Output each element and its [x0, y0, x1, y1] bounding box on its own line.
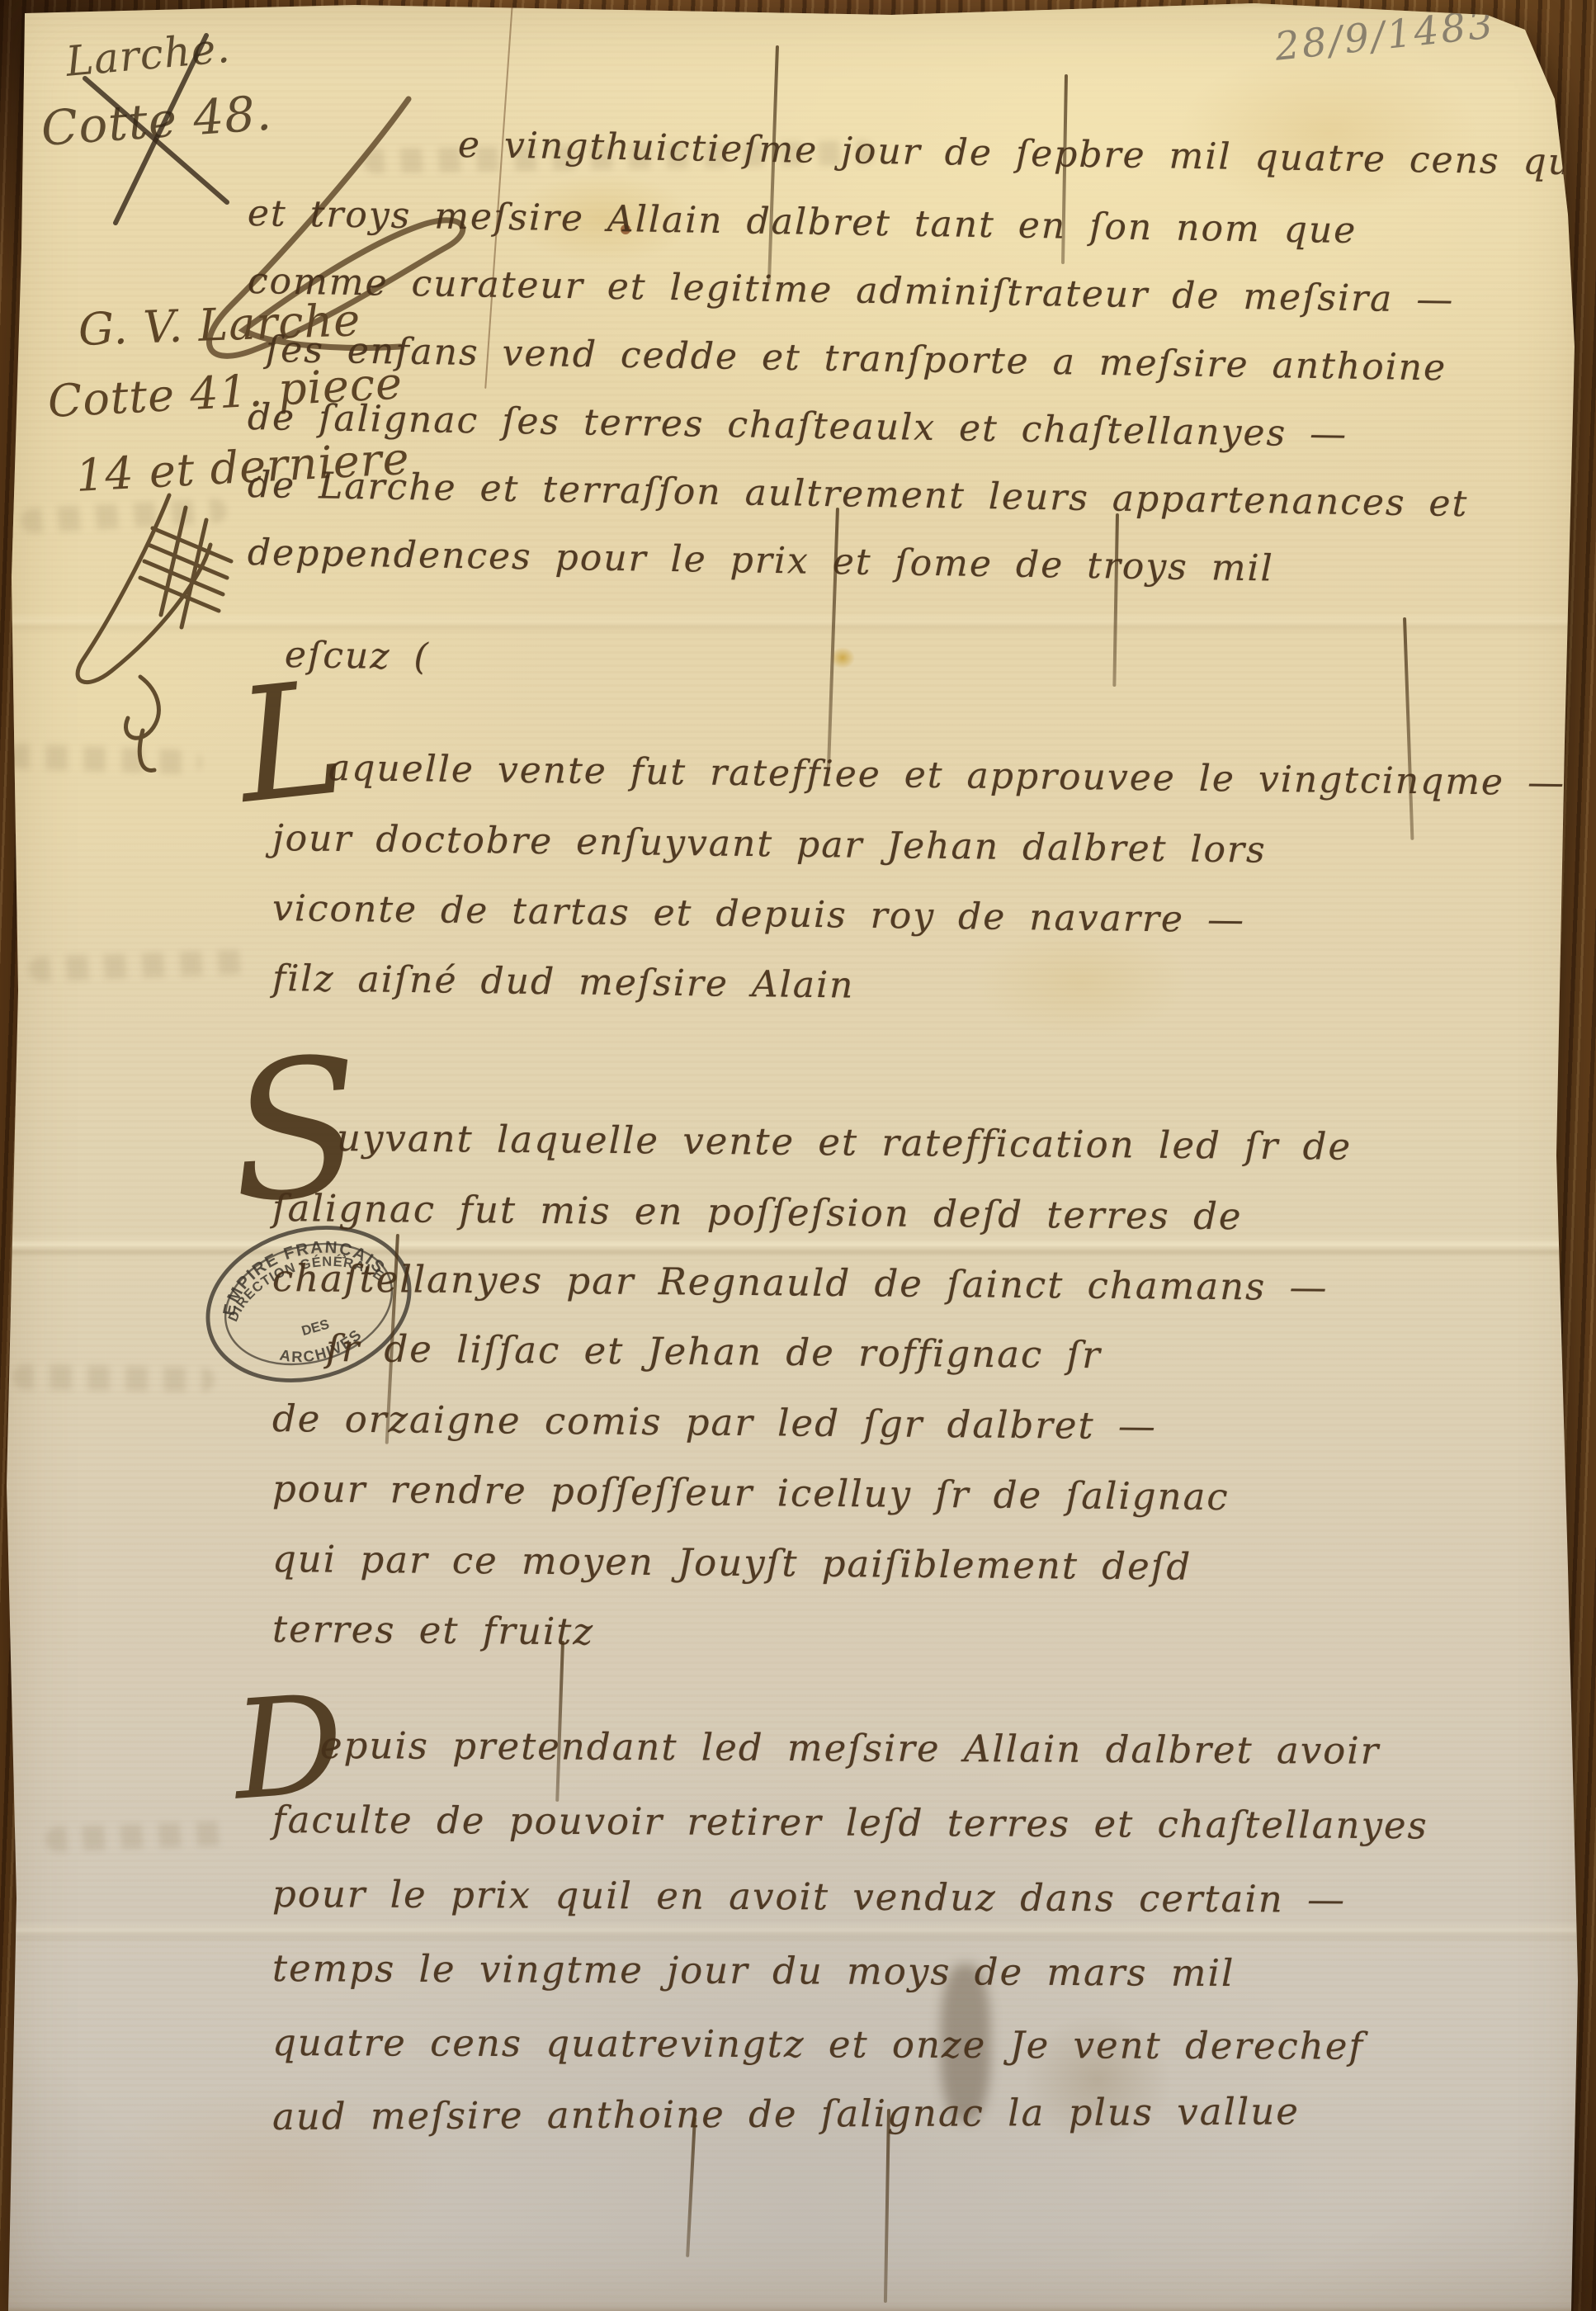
pen-descender [1403, 617, 1414, 840]
paper-crease [484, 2, 513, 389]
p3-line1: uyvant laquelle vente et rateffication l… [337, 1116, 1353, 1169]
p1-line3: comme curateur et legitime adminiſtrateu… [248, 260, 1455, 321]
p2-line2: jour doctobre enſuyvant par Jehan dalbre… [272, 817, 1267, 872]
fold-line [0, 612, 1596, 634]
p4-line3: pour le prix quil en avoit venduz dans c… [272, 1872, 1346, 1921]
paper-stain [974, 924, 1188, 1040]
pen-descender [1112, 513, 1119, 687]
corner-note-line2: Cotte 48. [40, 85, 274, 157]
p4-line6: aud meſsire anthoine de ſalignac la plus… [272, 2089, 1300, 2139]
manuscript-photo: Larche. Cotte 48. 28/9/1483 G. V. Larche… [0, 0, 1596, 2311]
p1-line6: de Larche et terraſſon aultrement leurs … [248, 464, 1469, 525]
manuscript-page: Larche. Cotte 48. 28/9/1483 G. V. Larche… [0, 0, 1596, 2311]
bleedthrough-text [45, 1821, 232, 1852]
p3-line8: terres et fruitz [272, 1607, 595, 1653]
bleedthrough-text [8, 744, 203, 775]
pen-descender [884, 2109, 890, 2303]
bleedthrough-text [29, 949, 248, 981]
p2-line3: viconte de tartas et depuis roy de navar… [272, 887, 1246, 941]
p2-line1: aquelle vente fut rateffiee et approuvee… [328, 747, 1566, 804]
p3-line4: ſr de liſſac et Jehan de roffignac ſr [326, 1326, 1102, 1377]
p1-line7: deppendences pour le prix et ſome de tro… [248, 532, 1274, 590]
paper-shadow-wrapper: Larche. Cotte 48. 28/9/1483 G. V. Larche… [0, 0, 1596, 2311]
p1-line5: de ſalignac ſes terres chaſteaulx et cha… [248, 396, 1348, 456]
p2-initial: L [231, 659, 351, 826]
pen-descender [555, 1641, 564, 1802]
p4-line1: epuis pretendant led meſsire Allain dalb… [320, 1723, 1381, 1773]
p3-line7: qui par ce moyen Jouyſt paiſiblement deſ… [272, 1537, 1192, 1589]
p2-line4: filz aiſné dud meſsire Alain [272, 957, 855, 1007]
p3-line2: ſalignac fut mis en poſſeſsion deſd terr… [272, 1186, 1243, 1238]
pen-descender [686, 2117, 696, 2257]
p1-line4: ſes enfans vend cedde et tranſporte a me… [266, 328, 1447, 389]
corner-note-line1: Larche. [64, 24, 232, 86]
p1-line1: e vingthuictieſme jour de ſepbre mil qua… [458, 124, 1596, 187]
p4-line4: temps le vingtme jour du moys de mars mi… [272, 1946, 1235, 1995]
fold-line [0, 1921, 1596, 1943]
pencil-note: 28/9/1483 [1273, 2, 1497, 70]
p4-line2: faculte de pouvoir retirer leſd terres e… [272, 1798, 1428, 1847]
paper-stain [1180, 50, 1477, 215]
p3-line6: pour rendre poſſeſſeur icelluy ſr de ſal… [272, 1467, 1230, 1519]
p3-line3: chaſtellanyes par Regnauld de ſainct cha… [272, 1256, 1329, 1309]
p1-line2: et troys meſsire Allain dalbret tant en … [248, 192, 1358, 252]
p4-line5: quatre cens quatrevingtz et onze Je vent… [272, 2020, 1364, 2068]
bleedthrough-text [20, 498, 227, 533]
bleedthrough-text [12, 1364, 215, 1392]
p3-line5: de orzaigne comis par led ſgr dalbret — [272, 1397, 1157, 1448]
